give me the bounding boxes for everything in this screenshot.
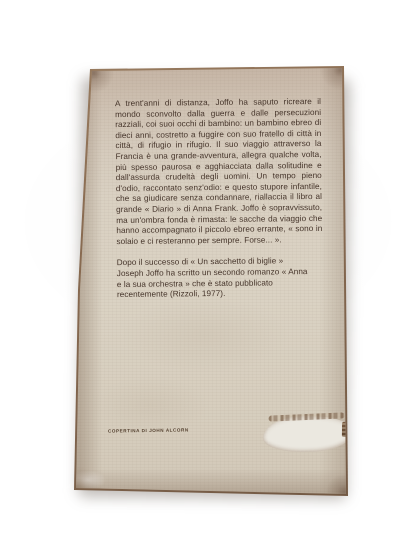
book-back-cover: A trent'anni di distanza, Joffo ha saput… — [0, 0, 416, 555]
blurb-paragraph: A trent'anni di distanza, Joffo ha saput… — [115, 97, 323, 247]
blurb-text-block: A trent'anni di distanza, Joffo ha saput… — [115, 97, 323, 301]
sticker-remnant — [263, 413, 354, 453]
publisher-note: Dopo il successo di « Un sacchetto di bi… — [117, 256, 309, 300]
sticker-stamp-fragment — [342, 422, 356, 437]
cover-credit: COPERTINA DI JOHN ALCORN — [108, 427, 189, 433]
photo-scene: A trent'anni di distanza, Joffo ha saput… — [0, 0, 416, 555]
